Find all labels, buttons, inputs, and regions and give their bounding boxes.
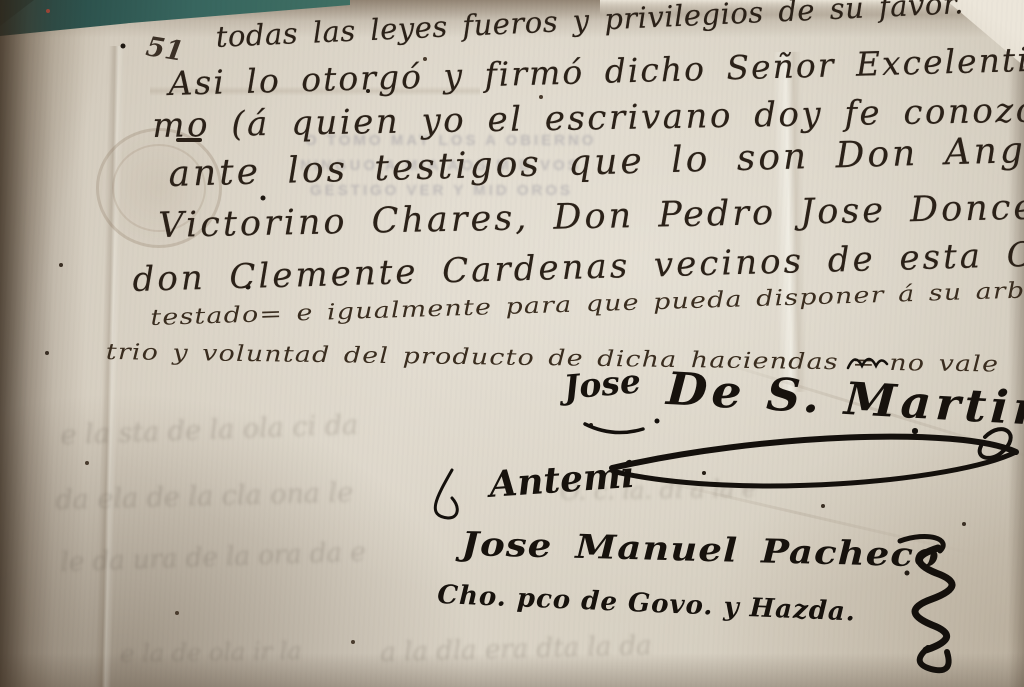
pacheco-rubric-bottom-loop bbox=[920, 648, 949, 670]
bleedthrough-script-line: O. c. la. di a la e bbox=[560, 475, 756, 506]
manuscript-line-2: Asi lo otorgó y firmó dicho Señor Excele… bbox=[168, 39, 1024, 103]
vertical-crease-left bbox=[95, 46, 124, 687]
bleedthrough-print-line: O TOMO MAY LOS A OBIERNO bbox=[305, 132, 596, 149]
signature-block: Jose De S. Martin Antemi Jose Manuel Pac… bbox=[0, 0, 1024, 687]
manuscript-text: todas las leyes fueros y privilegios de … bbox=[0, 0, 1024, 687]
page-bottom-edge-shadow bbox=[0, 653, 1024, 687]
manuscript-photo: O TOMO MAY LOS A OBIERNO NINGUO A MIA AO… bbox=[0, 0, 1024, 687]
governor-rubric-stroke-1 bbox=[612, 437, 1016, 468]
folded-page-corner bbox=[938, 0, 1024, 66]
pacheco-rubric-tail bbox=[900, 536, 943, 551]
signature-notary-title: Cho. pco de Govo. y Hazda. bbox=[437, 580, 857, 628]
bleedthrough-layer: O TOMO MAY LOS A OBIERNO NINGUO A MIA AO… bbox=[0, 0, 1024, 687]
pacheco-rubric-zigzag bbox=[915, 548, 952, 650]
red-speck bbox=[46, 9, 50, 13]
bleedthrough-print-line: NINGUO A MIA AOS MID VOS bbox=[300, 157, 581, 174]
vertical-fold-right bbox=[773, 52, 807, 392]
signature-jose-abbrev: Jose bbox=[562, 361, 642, 407]
manuscript-line-1: todas las leyes fueros y privilegios de … bbox=[215, 0, 964, 54]
signature-ante-mi: Antemi bbox=[488, 454, 636, 506]
embossed-seal bbox=[96, 128, 222, 248]
margin-folio-mark: 51 bbox=[144, 31, 186, 67]
governor-rubric-stroke-2 bbox=[616, 452, 1016, 486]
horizontal-crease-top bbox=[150, 86, 480, 96]
small-m-rubric bbox=[848, 359, 887, 368]
binding-gutter-shadow bbox=[0, 0, 86, 687]
manuscript-line-4: ante los testigos que lo son Don Angel bbox=[168, 129, 1024, 195]
bleedthrough-script-line: le da ura de la ora da e bbox=[60, 537, 366, 578]
manuscript-line-3: mo (á quien yo el escrivano doy fe conoz… bbox=[152, 90, 1024, 146]
page-top-edge-shadow bbox=[0, 0, 1024, 38]
book-cover-corner bbox=[0, 0, 34, 26]
diagonal-crease-1 bbox=[698, 354, 1024, 465]
paper-background bbox=[0, 0, 1024, 687]
antemi-hook-flourish bbox=[435, 470, 457, 518]
ink-specks bbox=[0, 0, 2, 2]
signature-notary: Jose Manuel Pacheco bbox=[461, 524, 940, 575]
manuscript-line-5: Victorino Chares, Don Pedro Jose Doncel … bbox=[158, 186, 1024, 246]
bleedthrough-script-line: da ela de la cla ona le bbox=[55, 477, 354, 516]
manuscript-line-8: trio y voluntad del producto de dicha ha… bbox=[106, 340, 1000, 377]
manuscript-line-7: testado= e igualmente para que pueda dis… bbox=[150, 278, 1024, 331]
signature-governor: De S. Martin bbox=[665, 362, 1024, 436]
bleedthrough-print-line: GESTIGO VER Y MID OROS bbox=[310, 182, 573, 199]
page-right-edge-shadow bbox=[1008, 0, 1024, 687]
bleedthrough-script-line: e la sta de la ola ci da bbox=[60, 410, 359, 451]
bleedthrough-script-line: a la dla era dta la da bbox=[380, 631, 652, 668]
governor-rubric-loop bbox=[980, 429, 1011, 458]
bleedthrough-script-line: e la de ola ir la bbox=[120, 637, 302, 668]
diagonal-crease-2 bbox=[624, 472, 975, 556]
rubric-flourishes bbox=[0, 0, 1024, 687]
jose-underline-flourish bbox=[585, 424, 643, 433]
underlying-page-sliver bbox=[600, 0, 960, 15]
folded-corner-shadow bbox=[888, 0, 1024, 55]
book-cover-cloth bbox=[0, 0, 350, 36]
manuscript-line-6: don Clemente Cardenas vecinos de esta Ci… bbox=[132, 232, 1024, 300]
